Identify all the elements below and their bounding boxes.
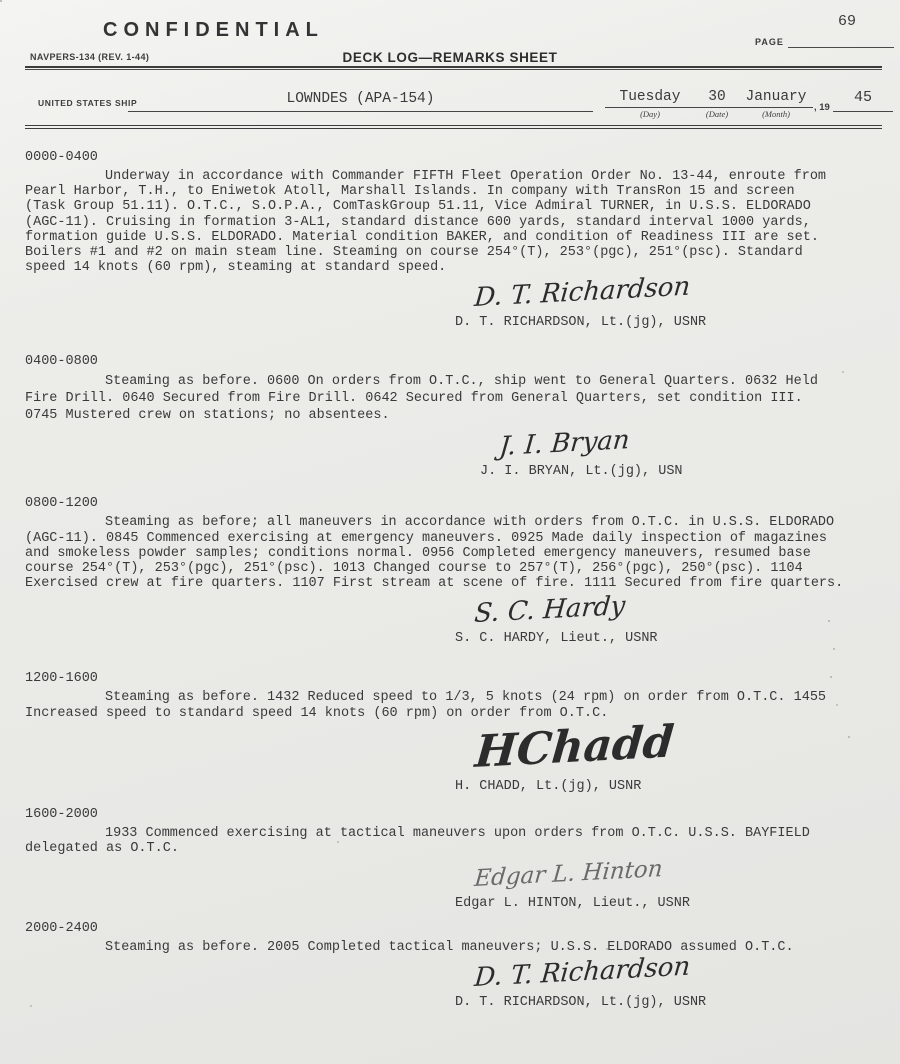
classification-stamp: CONFIDENTIAL [103, 19, 324, 42]
ship-label: UNITED STATES SHIP [38, 98, 137, 108]
signature-typed: J. I. BRYAN, Lt.(jg), USN [480, 464, 882, 479]
log-entry-text: Steaming as before. 0600 On orders from … [25, 373, 882, 424]
signature-typed: D. T. RICHARDSON, Lt.(jg), USNR [455, 315, 882, 330]
signature-block: HChadd H. CHADD, Lt.(jg), USNR [455, 727, 882, 794]
page-label: PAGE [755, 37, 784, 47]
header-bottom-rule [25, 125, 882, 129]
page-number-line [788, 47, 894, 48]
signature-typed: Edgar L. HINTON, Lieut., USNR [455, 896, 882, 911]
log-entry-text: Underway in accordance with Commander FI… [25, 169, 882, 275]
signature-block: Edgar L. Hinton Edgar L. HINTON, Lieut.,… [455, 862, 882, 911]
ship-name: LOWNDES (APA-154) [128, 91, 593, 107]
signature-script: D. T. Richardson [473, 270, 692, 316]
date-date: 30 [695, 89, 739, 105]
entry-time-range: 0000-0400 [25, 150, 882, 165]
page-number: 69 [838, 13, 856, 30]
date-date-label: (Date) [695, 109, 739, 119]
log-entry-text: 1933 Commenced exercising at tactical ma… [25, 826, 882, 856]
signature-block: S. C. Hardy S. C. HARDY, Lieut., USNR [455, 597, 882, 646]
log-entry-2000-2400: 2000-2400 Steaming as before. 2005 Compl… [25, 921, 882, 1010]
signature-block: D. T. Richardson D. T. RICHARDSON, Lt.(j… [455, 281, 882, 330]
log-entry-1200-1600: 1200-1600 Steaming as before. 1432 Reduc… [25, 671, 882, 793]
entry-time-range: 1600-2000 [25, 807, 882, 822]
log-entry-0400-0800: 0400-0800 Steaming as before. 0600 On or… [25, 354, 882, 479]
year-prefix: , 19 [814, 102, 830, 113]
signature-typed: H. CHADD, Lt.(jg), USNR [455, 779, 882, 794]
signature-script: Edgar L. Hinton [473, 852, 664, 896]
log-entry-text: Steaming as before. 1432 Reduced speed t… [25, 690, 882, 720]
remarks-content: 0000-0400 Underway in accordance with Co… [25, 150, 882, 1010]
date-month: January [739, 89, 813, 105]
signature-typed: D. T. RICHARDSON, Lt.(jg), USNR [455, 995, 882, 1010]
log-entry-0000-0400: 0000-0400 Underway in accordance with Co… [25, 150, 882, 330]
year-value: 45 [833, 89, 893, 106]
entry-time-range: 1200-1600 [25, 671, 882, 686]
date-month-label: (Month) [739, 109, 813, 119]
ship-name-line [128, 111, 593, 112]
entry-time-range: 0800-1200 [25, 496, 882, 511]
signature-script: J. I. Bryan [498, 423, 631, 464]
year-line [833, 111, 893, 112]
date-day-label: (Day) [605, 109, 695, 119]
date-day: Tuesday [605, 89, 695, 105]
log-entry-1600-2000: 1600-2000 1933 Commenced exercising at t… [25, 807, 882, 911]
signature-typed: S. C. HARDY, Lieut., USNR [455, 631, 882, 646]
entry-time-range: 0400-0800 [25, 354, 882, 369]
date-group: Tuesday 30 January (Day) (Date) (Month) [605, 89, 813, 119]
document-title: DECK LOG—REMARKS SHEET [0, 50, 900, 65]
deck-log-page: CONFIDENTIAL 69 PAGE NAVPERS-134 (REV. 1… [0, 0, 900, 1064]
signature-block: J. I. Bryan J. I. BRYAN, Lt.(jg), USN [480, 430, 882, 479]
signature-script: D. T. Richardson [473, 950, 692, 996]
entry-time-range: 2000-2400 [25, 921, 882, 936]
date-labels: (Day) (Date) (Month) [605, 109, 813, 119]
date-values: Tuesday 30 January [605, 89, 813, 105]
date-line [605, 107, 813, 108]
log-entry-0800-1200: 0800-1200 Steaming as before; all maneuv… [25, 496, 882, 646]
log-entry-text: Steaming as before; all maneuvers in acc… [25, 515, 882, 591]
signature-block: D. T. Richardson D. T. RICHARDSON, Lt.(j… [455, 961, 882, 1010]
log-entry-text: Steaming as before. 2005 Completed tacti… [25, 940, 882, 955]
signature-script: S. C. Hardy [473, 589, 627, 631]
header-rule [25, 66, 882, 70]
scan-noise [0, 0, 2, 2]
signature-script: HChadd [473, 716, 676, 779]
